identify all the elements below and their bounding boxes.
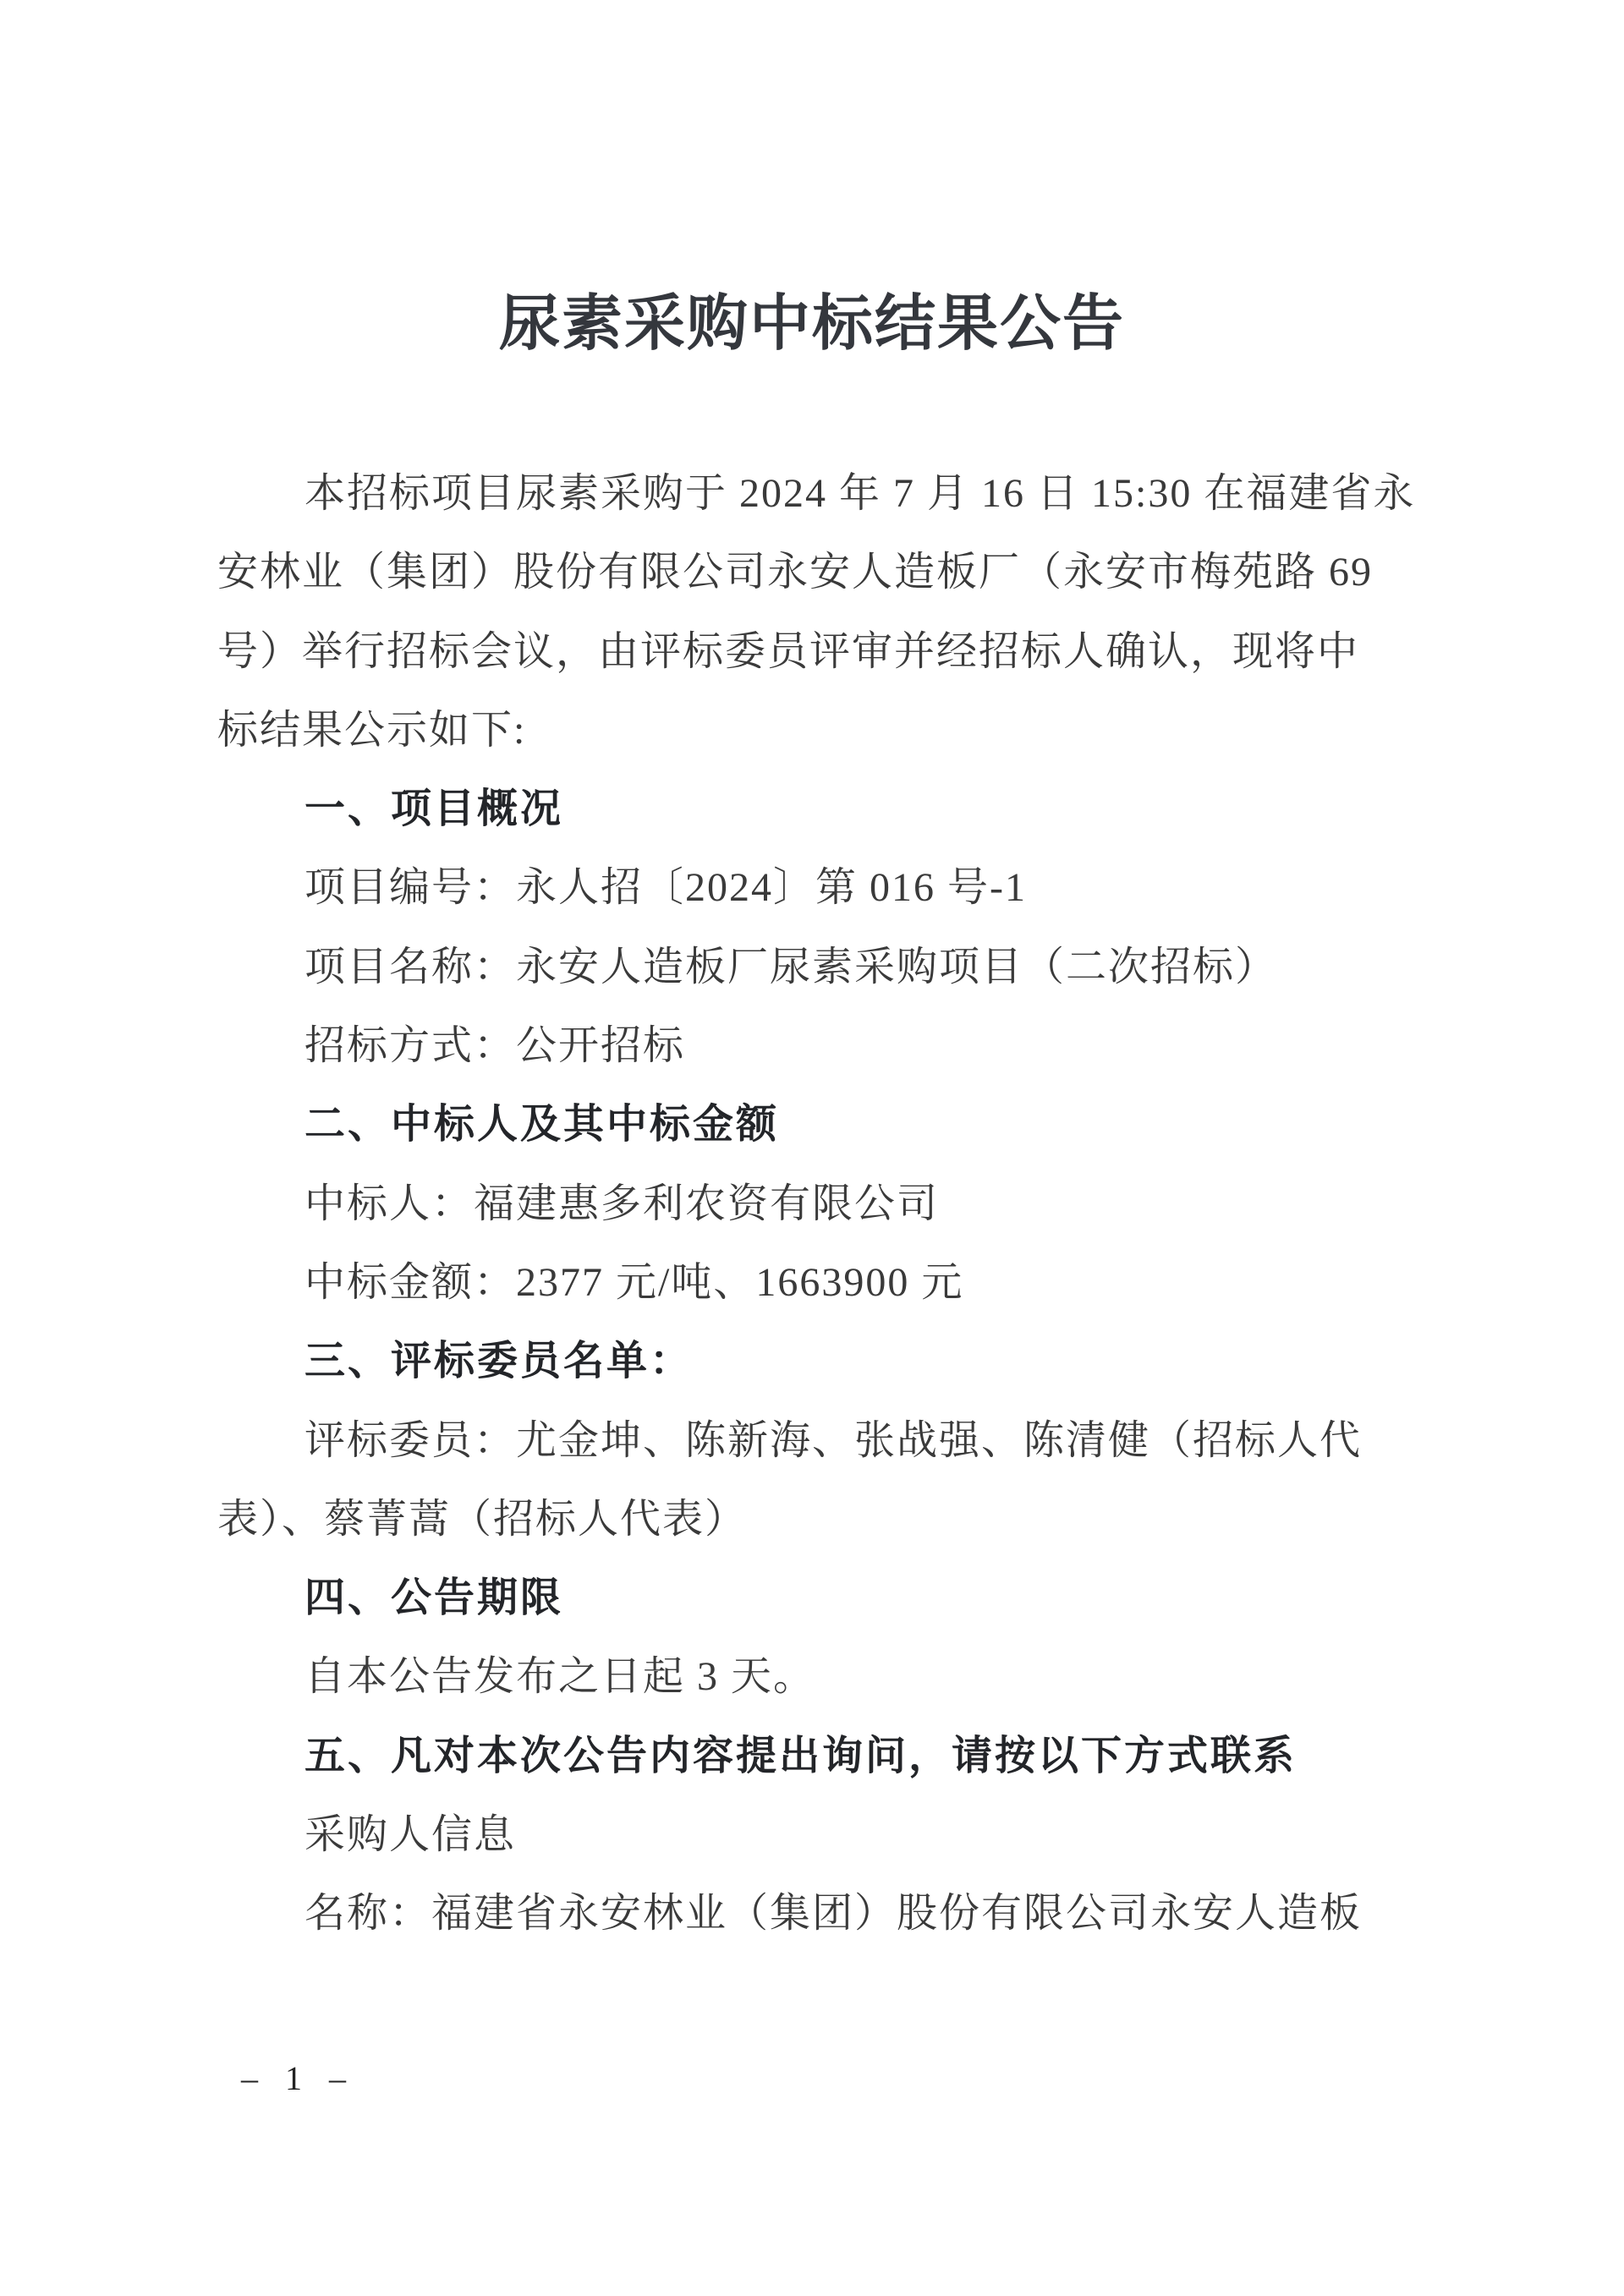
paragraph-intro-line-1: 本招标项目尿素采购于 2024 年 7 月 16 日 15:30 在福建省永 xyxy=(217,454,1435,533)
section-heading-contact: 五、凡对本次公告内容提出询问，请按以下方式联系 xyxy=(217,1717,1435,1795)
purchaser-name-line: 名称：福建省永安林业（集团）股份有限公司永安人造板 xyxy=(217,1874,1435,1953)
committee-members-line-1: 评标委员：尤金坤、陈新海、张战强、陈清健（招标人代 xyxy=(217,1401,1435,1480)
winner-line: 中标人：福建惠多利农资有限公司 xyxy=(217,1164,1435,1243)
paragraph-intro-line-3: 号）举行招标会议，由评标委员评审并经招标人确认，现将中 xyxy=(217,612,1435,691)
paragraph-intro-line-4: 标结果公示如下: xyxy=(217,691,1435,770)
committee-members-line-2: 表）、蔡菁蒿（招标人代表） xyxy=(217,1480,1435,1559)
document-title: 尿素采购中标结果公告 xyxy=(0,286,1624,362)
page-number: – 1 – xyxy=(233,2053,359,2104)
section-heading-winner-amount: 二、中标人及其中标金额 xyxy=(217,1085,1435,1164)
document-body: 本招标项目尿素采购于 2024 年 7 月 16 日 15:30 在福建省永 安… xyxy=(217,454,1435,1954)
document-page: 尿素采购中标结果公告 本招标项目尿素采购于 2024 年 7 月 16 日 15… xyxy=(0,0,1624,2296)
bidding-method-line: 招标方式：公开招标 xyxy=(217,1006,1435,1085)
project-name-line: 项目名称：永安人造板厂尿素采购项目（二次招标） xyxy=(217,928,1435,1006)
announcement-period-line: 自本公告发布之日起 3 天。 xyxy=(217,1637,1435,1716)
purchaser-info-label-line: 采购人信息 xyxy=(217,1795,1435,1874)
winning-amount-line: 中标金额：2377 元/吨、1663900 元 xyxy=(217,1243,1435,1322)
paragraph-intro-line-2: 安林业（集团）股份有限公司永安人造板厂（永安市梅苑路 69 xyxy=(217,533,1435,611)
project-number-line: 项目编号：永人招〔2024〕第 016 号-1 xyxy=(217,848,1435,927)
section-heading-announcement-period: 四、公告期限 xyxy=(217,1559,1435,1637)
section-heading-evaluation-committee: 三、评标委员名单： xyxy=(217,1322,1435,1400)
section-heading-project-overview: 一、项目概况 xyxy=(217,770,1435,848)
